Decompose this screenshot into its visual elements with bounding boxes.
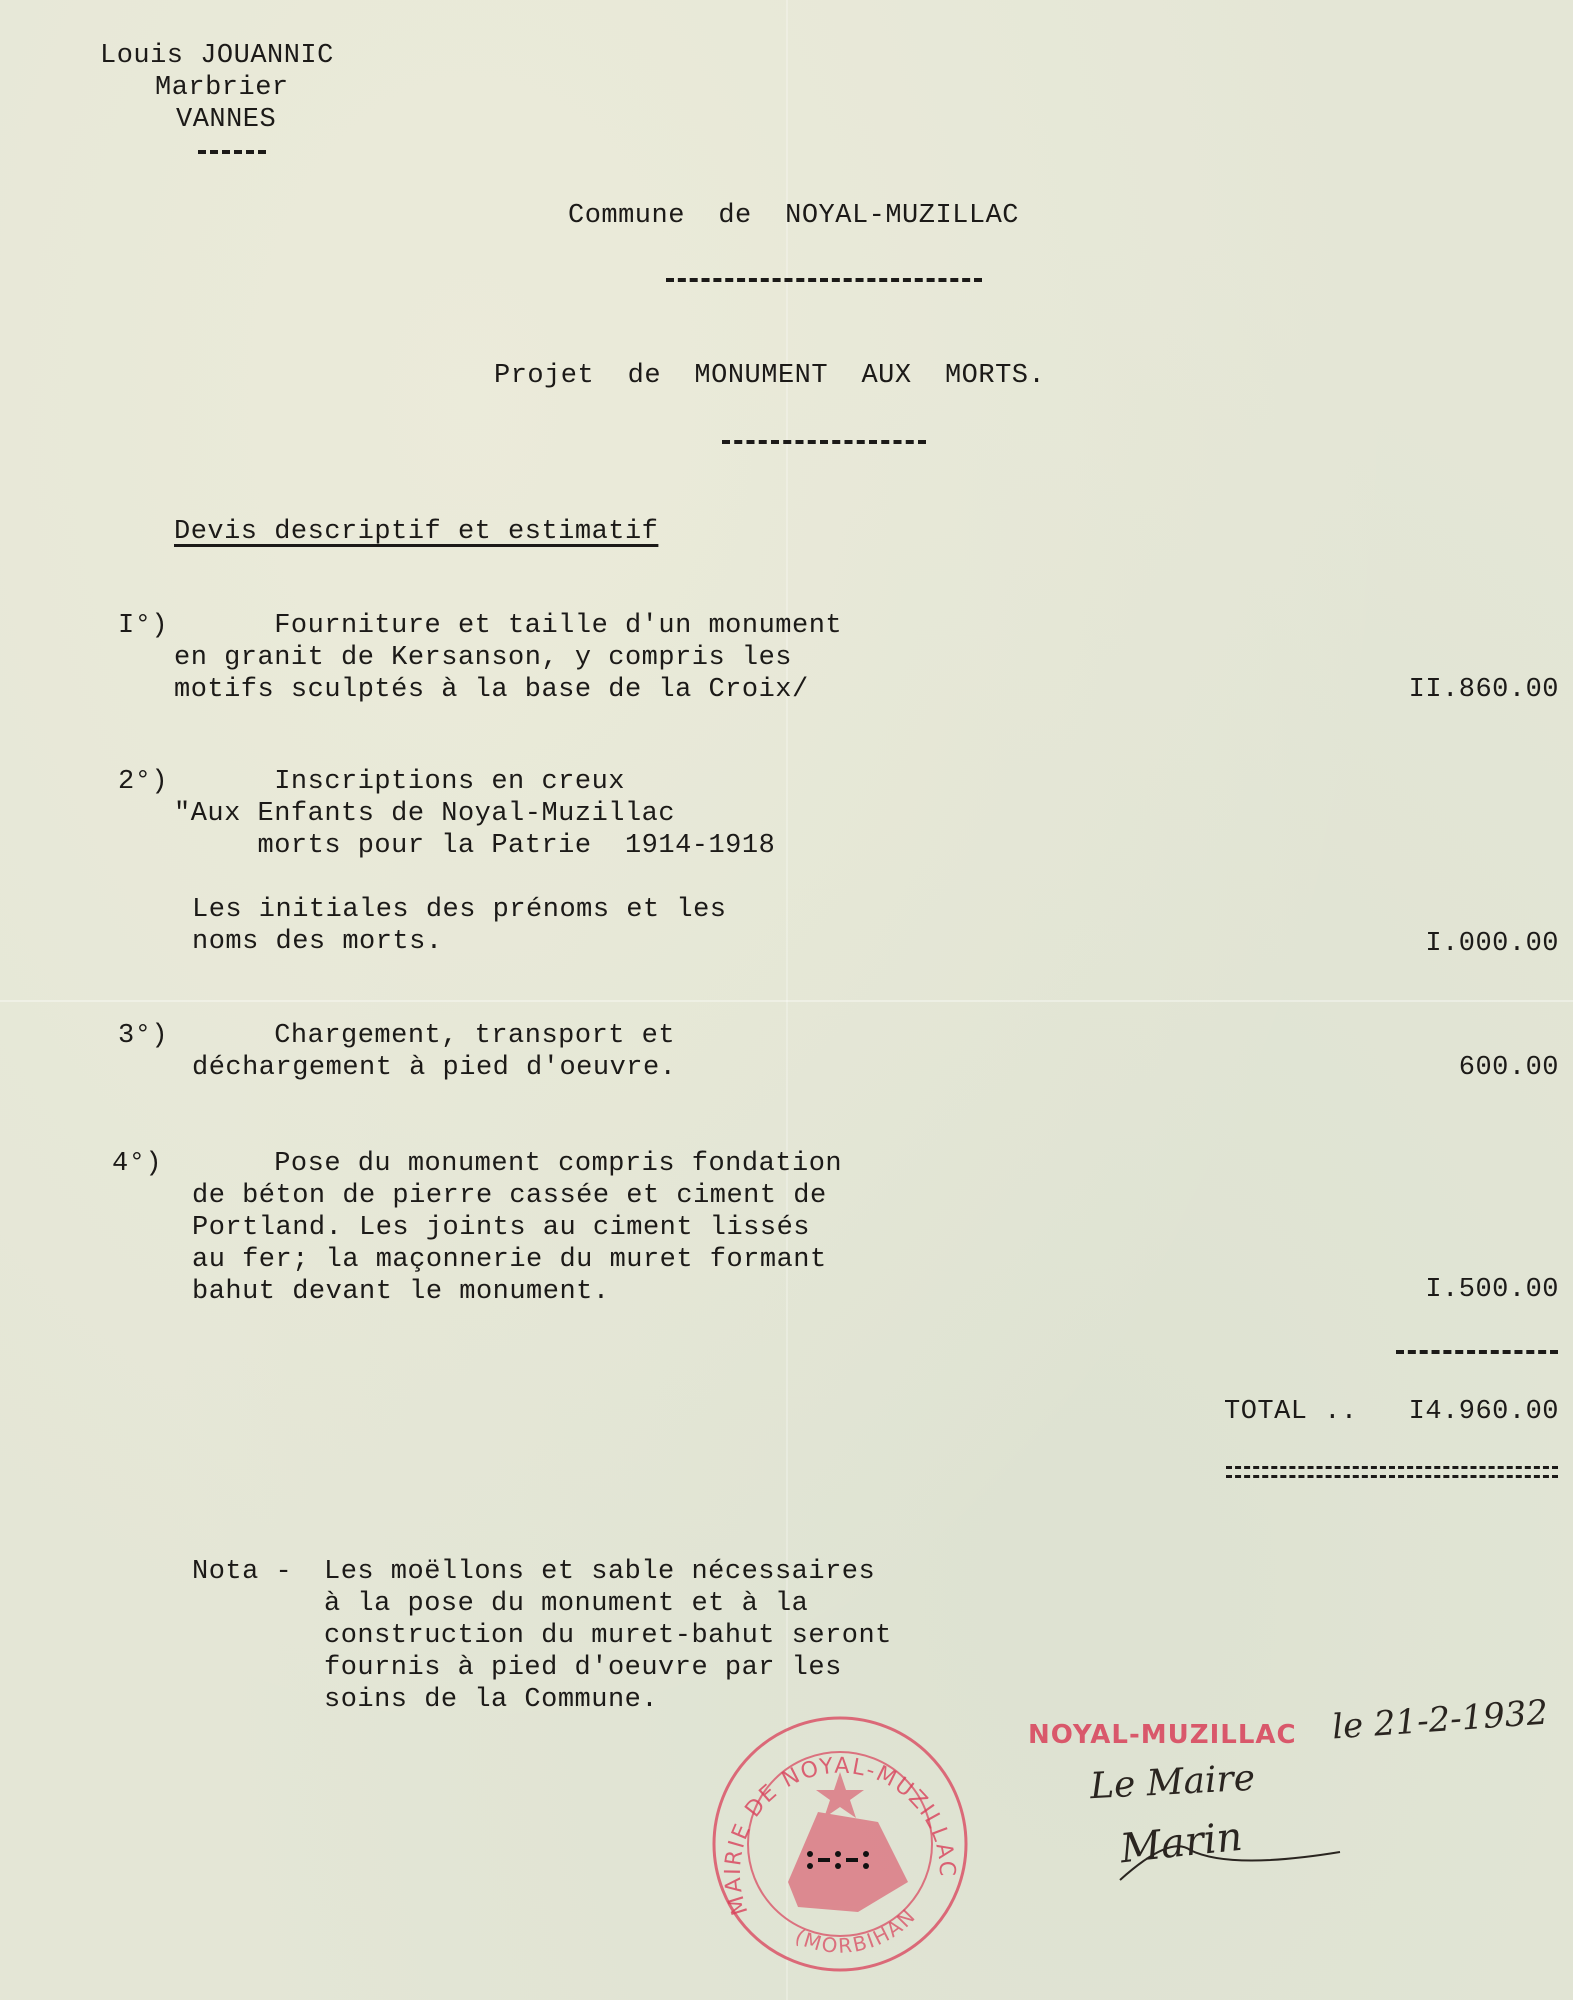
item-amount: II.860.00 bbox=[1409, 674, 1559, 706]
section-title: Devis descriptif et estimatif bbox=[174, 516, 658, 548]
sender-city: VANNES bbox=[176, 104, 276, 136]
sender-rule bbox=[198, 150, 266, 154]
item-number: I°) bbox=[118, 610, 168, 642]
project-rule bbox=[722, 440, 926, 444]
note-label: Nota - bbox=[192, 1556, 292, 1588]
note-line: à la pose du monument et à la bbox=[324, 1588, 808, 1620]
item-subline: Les initiales des prénoms et les bbox=[192, 894, 726, 926]
item-line: Pose du monument compris fondation bbox=[174, 1148, 842, 1180]
note-line: fournis à pied d'oeuvre par les bbox=[324, 1652, 842, 1684]
item-amount: I.000.00 bbox=[1425, 928, 1559, 960]
item-line: Chargement, transport et bbox=[174, 1020, 675, 1052]
item-amount: 600.00 bbox=[1459, 1052, 1559, 1084]
total-amount: I4.960.00 bbox=[1409, 1396, 1559, 1428]
commune-rule bbox=[666, 278, 982, 282]
place-stamp: NOYAL-MUZILLAC bbox=[1028, 1720, 1297, 1750]
total-double-rule bbox=[1226, 1466, 1558, 1478]
item-line: Portland. Les joints au ciment lissés bbox=[192, 1212, 810, 1244]
item-line: "Aux Enfants de Noyal-Muzillac bbox=[174, 798, 675, 830]
handwritten-date: le 21-2-1932 bbox=[1331, 1693, 1549, 1748]
item-line: au fer; la maçonnerie du muret formant bbox=[192, 1244, 827, 1276]
paper-fold-vertical bbox=[786, 0, 788, 2000]
item-line: motifs sculptés à la base de la Croix/ bbox=[174, 674, 809, 706]
item-number: 2°) bbox=[118, 766, 168, 798]
note-line: soins de la Commune. bbox=[324, 1684, 658, 1716]
sender-name: Louis JOUANNIC bbox=[100, 40, 334, 72]
item-number: 3°) bbox=[118, 1020, 168, 1052]
item-line: de béton de pierre cassée et ciment de bbox=[192, 1180, 827, 1212]
subtotal-rule bbox=[1396, 1350, 1558, 1354]
item-line: en granit de Kersanson, y compris les bbox=[174, 642, 792, 674]
item-line: Inscriptions en creux bbox=[174, 766, 625, 798]
signature-flourish-icon bbox=[1110, 1830, 1350, 1890]
item-number: 4°) bbox=[112, 1148, 162, 1180]
sender-trade: Marbrier bbox=[155, 72, 289, 104]
item-line: Fourniture et taille d'un monument bbox=[174, 610, 842, 642]
item-subline: noms des morts. bbox=[192, 926, 443, 958]
item-line: déchargement à pied d'oeuvre. bbox=[192, 1052, 676, 1084]
project-title: Projet de MONUMENT AUX MORTS. bbox=[494, 360, 1045, 392]
commune-heading: Commune de NOYAL-MUZILLAC bbox=[568, 200, 1019, 232]
note-line: construction du muret-bahut seront bbox=[324, 1620, 892, 1652]
item-line: morts pour la Patrie 1914-1918 bbox=[174, 830, 775, 862]
handwritten-role: Le Maire bbox=[1089, 1758, 1256, 1808]
item-amount: I.500.00 bbox=[1425, 1274, 1559, 1306]
total-label: TOTAL .. bbox=[1224, 1396, 1358, 1428]
note-line: Les moëllons et sable nécessaires bbox=[324, 1556, 875, 1588]
mairie-seal-icon: MAIRIE DE NOYAL-MUZILLAC (MORBIHAN) bbox=[708, 1712, 972, 1976]
item-line: bahut devant le monument. bbox=[192, 1276, 610, 1308]
